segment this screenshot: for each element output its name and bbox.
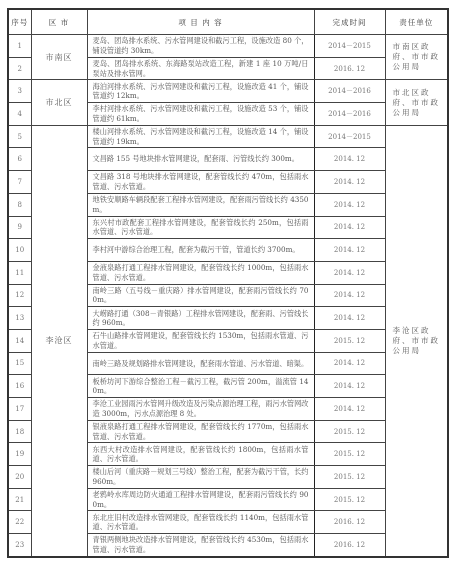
project-content-cell: 银液泉路打通工程排水管网建设，配套管线长约 1770m，包括雨水管道、污水管道。 <box>87 420 314 443</box>
row-serial-number: 19 <box>8 443 31 466</box>
row-serial-number: 16 <box>8 375 31 398</box>
row-serial-number: 10 <box>8 239 31 262</box>
completion-time-cell: 2014. 12 <box>314 239 385 262</box>
completion-time-cell: 2015. 12 <box>314 420 385 443</box>
completion-time-cell: 2015. 12 <box>314 488 385 511</box>
project-content-cell: 东兴村市政配套工程排水管网建设，配套管线长约 250m，包括雨水管道、污水管道。 <box>87 216 314 239</box>
project-content-cell: 青银两侧地块改造排水管网建设，配套管线长约 4530m，包括雨水管道、污水管道。 <box>87 534 314 557</box>
project-content-cell: 东北庄旧村改造排水管网建设，配套管线长约 1140m，包括雨水管道、污水管道。 <box>87 511 314 534</box>
header-district: 区 市 <box>31 9 87 35</box>
completion-time-cell: 2014. 12 <box>314 284 385 307</box>
responsible-unit-cell: 李沧区政府、市市政公用局 <box>385 125 448 557</box>
project-content-cell: 文昌路 318 号地块排水管网建设，配套管线长约 470m，包括雨水管道、污水管… <box>87 171 314 194</box>
responsible-unit-cell: 市南区政府、市市政公用局 <box>385 35 448 80</box>
row-serial-number: 13 <box>8 307 31 330</box>
completion-time-cell: 2014－2016 <box>314 80 385 103</box>
row-serial-number: 5 <box>8 125 31 148</box>
completion-time-cell: 2016. 12 <box>314 57 385 80</box>
row-serial-number: 20 <box>8 466 31 489</box>
district-cell: 李沧区 <box>31 125 87 557</box>
project-table: 序号 区 市 项 目 内 容 完成时间 责任单位 1市南区麦岛、团岛排水系统、污… <box>7 8 449 558</box>
row-serial-number: 11 <box>8 261 31 284</box>
project-content-cell: 南岭三路及规划路排水管网建设，配套雨水管道、污水管道、暗渠。 <box>87 352 314 375</box>
completion-time-cell: 2014. 12 <box>314 148 385 171</box>
completion-time-cell: 2014. 12 <box>314 352 385 375</box>
project-content-cell: 石牛山路排水管网建设，配套管线长约 1530m，包括雨水管道、污水管道。 <box>87 329 314 352</box>
row-serial-number: 18 <box>8 420 31 443</box>
project-content-cell: 板桥坊河下游综合整治工程－截污工程，截污管 200m，溢流管 140m。 <box>87 375 314 398</box>
row-serial-number: 2 <box>8 57 31 80</box>
project-content-cell: 地铁安顺路车辆段配套工程排水管网建设，配套雨污管线长约 4350m。 <box>87 193 314 216</box>
header-serial-number: 序号 <box>8 9 31 35</box>
header-completion-time: 完成时间 <box>314 9 385 35</box>
completion-time-cell: 2014. 12 <box>314 193 385 216</box>
project-content-cell: 李村河排水系统、污水管网建设和截污工程，设施改造 53 个，铺设管道约 61km… <box>87 103 314 126</box>
row-serial-number: 21 <box>8 488 31 511</box>
completion-time-cell: 2014. 12 <box>314 375 385 398</box>
table-row: 3市北区海泊河排水系统、污水管网建设和截污工程，设施改造 41 个，铺设管道约 … <box>8 80 448 103</box>
completion-time-cell: 2016. 12 <box>314 511 385 534</box>
project-content-cell: 老鸦岭水库周边防火通道工程排水管网建设，配套雨污管线长约 900m。 <box>87 488 314 511</box>
header-responsible-unit: 责任单位 <box>385 9 448 35</box>
completion-time-cell: 2015. 12 <box>314 466 385 489</box>
row-serial-number: 4 <box>8 103 31 126</box>
row-serial-number: 7 <box>8 171 31 194</box>
project-content-cell: 金液泉路打通工程排水管网建设，配套管线长约 1000m，包括雨水管道、污水管道。 <box>87 261 314 284</box>
completion-time-cell: 2014－2015 <box>314 125 385 148</box>
row-serial-number: 23 <box>8 534 31 557</box>
project-content-cell: 东西大村改造排水管网建设，配套管线长约 1800m，包括雨水管道、污水管道。 <box>87 443 314 466</box>
table-row: 1市南区麦岛、团岛排水系统、污水管网建设和截污工程，设施改造 80 个，铺设管道… <box>8 35 448 58</box>
table-row: 5李沧区楼山河排水系统、污水管网建设和截污工程，设施改造 14 个，铺设管道约 … <box>8 125 448 148</box>
project-content-cell: 麦岛、团岛排水系统、污水管网建设和截污工程，设施改造 80 个，铺设管道约 30… <box>87 35 314 58</box>
district-cell: 市南区 <box>31 35 87 80</box>
row-serial-number: 1 <box>8 35 31 58</box>
completion-time-cell: 2014. 12 <box>314 307 385 330</box>
completion-time-cell: 2016. 12 <box>314 534 385 557</box>
header-row: 序号 区 市 项 目 内 容 完成时间 责任单位 <box>8 9 448 35</box>
row-serial-number: 3 <box>8 80 31 103</box>
completion-time-cell: 2015. 12 <box>314 443 385 466</box>
completion-time-cell: 2014－2016 <box>314 103 385 126</box>
project-content-cell: 楼山河排水系统、污水管网建设和截污工程，设施改造 14 个，铺设管道约 19km… <box>87 125 314 148</box>
district-cell: 市北区 <box>31 80 87 125</box>
completion-time-cell: 2014. 12 <box>314 261 385 284</box>
project-content-cell: 南岭三路（五号线－重庆路）排水管网建设，配套雨污管线长约 700m。 <box>87 284 314 307</box>
row-serial-number: 15 <box>8 352 31 375</box>
header-project-content: 项 目 内 容 <box>87 9 314 35</box>
row-serial-number: 12 <box>8 284 31 307</box>
row-serial-number: 14 <box>8 329 31 352</box>
row-serial-number: 17 <box>8 398 31 421</box>
project-content-cell: 楼山后河（重庆路－规划三号线）整治工程，配套为截污干管，长约 960m。 <box>87 466 314 489</box>
row-serial-number: 6 <box>8 148 31 171</box>
project-content-cell: 李村河中游综合治理工程，配套为截污干管，管道长约 3700m。 <box>87 239 314 262</box>
project-content-cell: 麦岛、团岛排水系统、东海路泵站改造工程，新建 1 座 10 万吨/日泵站及排水管… <box>87 57 314 80</box>
row-serial-number: 8 <box>8 193 31 216</box>
project-content-cell: 海泊河排水系统、污水管网建设和截污工程，设施改造 41 个，铺设管道约 12km… <box>87 80 314 103</box>
project-content-cell: 大崂路打通（308－青银路）工程排水管网建设，配套雨、污管线长约 960m。 <box>87 307 314 330</box>
row-serial-number: 9 <box>8 216 31 239</box>
project-content-cell: 文昌路 155 号地块排水管网建设，配套雨、污管线长约 300m。 <box>87 148 314 171</box>
project-content-cell: 李沧工业园雨污水管网升级改造及污染点源治理工程，雨污水管网改造 3000m，污水… <box>87 398 314 421</box>
row-serial-number: 22 <box>8 511 31 534</box>
completion-time-cell: 2014. 12 <box>314 216 385 239</box>
completion-time-cell: 2015. 12 <box>314 329 385 352</box>
completion-time-cell: 2014. 12 <box>314 398 385 421</box>
completion-time-cell: 2014－2015 <box>314 35 385 58</box>
responsible-unit-cell: 市北区政府、市市政公用局 <box>385 80 448 125</box>
completion-time-cell: 2014. 12 <box>314 171 385 194</box>
